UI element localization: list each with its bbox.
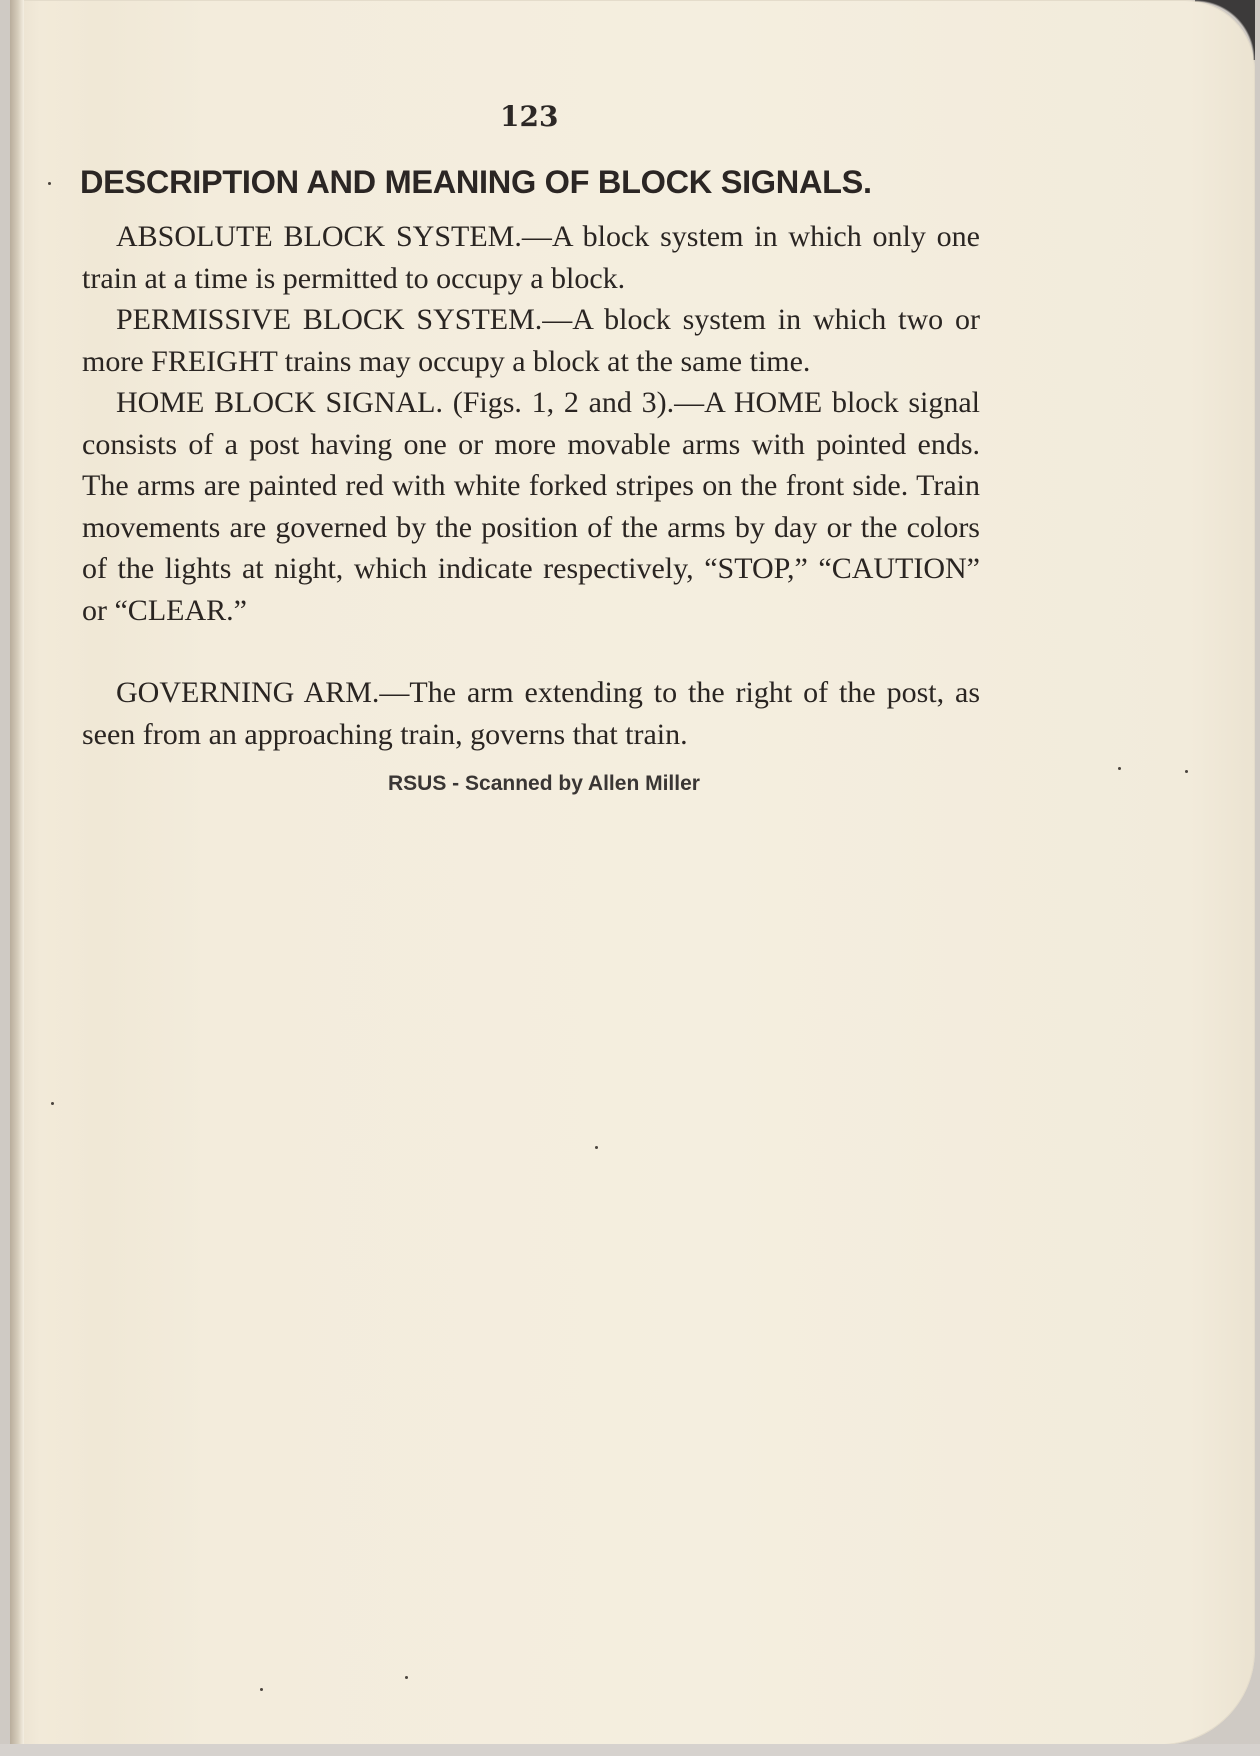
page-corner-shadow bbox=[1195, 0, 1255, 60]
speck bbox=[1118, 767, 1121, 770]
page-number: 123 bbox=[500, 100, 556, 133]
speck bbox=[51, 1102, 54, 1105]
speck bbox=[405, 1676, 408, 1679]
speck bbox=[1185, 770, 1188, 773]
paragraph-permissive-block-system: PERMISSIVE BLOCK SYSTEM.—A block system … bbox=[82, 299, 980, 382]
paragraph-absolute-block-system: ABSOLUTE BLOCK SYSTEM.—A block system in… bbox=[82, 216, 980, 299]
page-body: ABSOLUTE BLOCK SYSTEM.—A block system in… bbox=[82, 216, 980, 755]
paragraph-governing-arm: GOVERNING ARM.—The arm extending to the … bbox=[82, 672, 980, 755]
speck bbox=[595, 1146, 598, 1149]
speck bbox=[48, 182, 51, 185]
speck bbox=[260, 1688, 263, 1691]
paragraph-home-block-signal: HOME BLOCK SIGNAL. (Figs. 1, 2 and 3).—A… bbox=[82, 382, 980, 631]
page-binding-edge bbox=[10, 0, 24, 1745]
page-heading: DESCRIPTION AND MEANING OF BLOCK SIGNALS… bbox=[80, 164, 980, 201]
book-page: 123 DESCRIPTION AND MEANING OF BLOCK SIG… bbox=[10, 0, 1255, 1745]
scan-watermark: RSUS - Scanned by Allen Miller bbox=[388, 772, 700, 796]
scan-background-strip bbox=[0, 1744, 1260, 1756]
